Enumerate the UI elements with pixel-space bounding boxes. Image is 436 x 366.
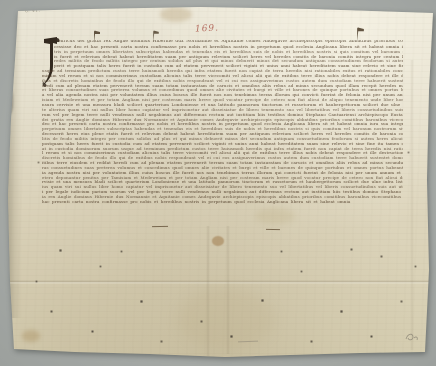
stain-top-center — [160, 7, 192, 22]
script-line: hac presenti carta nostra confirmasse pr… — [42, 200, 352, 205]
parchment-shadow: 8. 41. 169. enricus dei gratia rex Angli… — [0, 0, 436, 366]
parchment-document: 8. 41. 169. enricus dei gratia rex Angli… — [0, 0, 436, 366]
manuscript-text-block: enricus dei gratia rex Anglie dominus Hi… — [42, 40, 403, 206]
archival-number-red-ink: 169. — [195, 23, 220, 34]
vertical-crease-right-margin — [410, 60, 414, 350]
vertical-crease — [206, 226, 210, 356]
pen-dash-left — [152, 224, 168, 227]
pencil-squiggle-bottom-right — [404, 331, 420, 343]
pen-dash-right — [266, 227, 280, 230]
discoloration-right-of-dashes — [255, 208, 295, 224]
photograph-of-manuscript: { "document": { "archival_number": "169.… — [0, 0, 436, 366]
horizontal-fold-crease — [0, 280, 436, 284]
left-edge-notch — [4, 88, 13, 114]
left-fold-edge — [6, 8, 22, 318]
stain-bottom-left — [22, 330, 40, 342]
vertical-crease — [226, 226, 230, 354]
ink-specks-and-holes — [0, 0, 1, 1]
stain-below-text — [212, 236, 224, 246]
pencil-note-top-left: 8. 41. — [25, 9, 40, 15]
